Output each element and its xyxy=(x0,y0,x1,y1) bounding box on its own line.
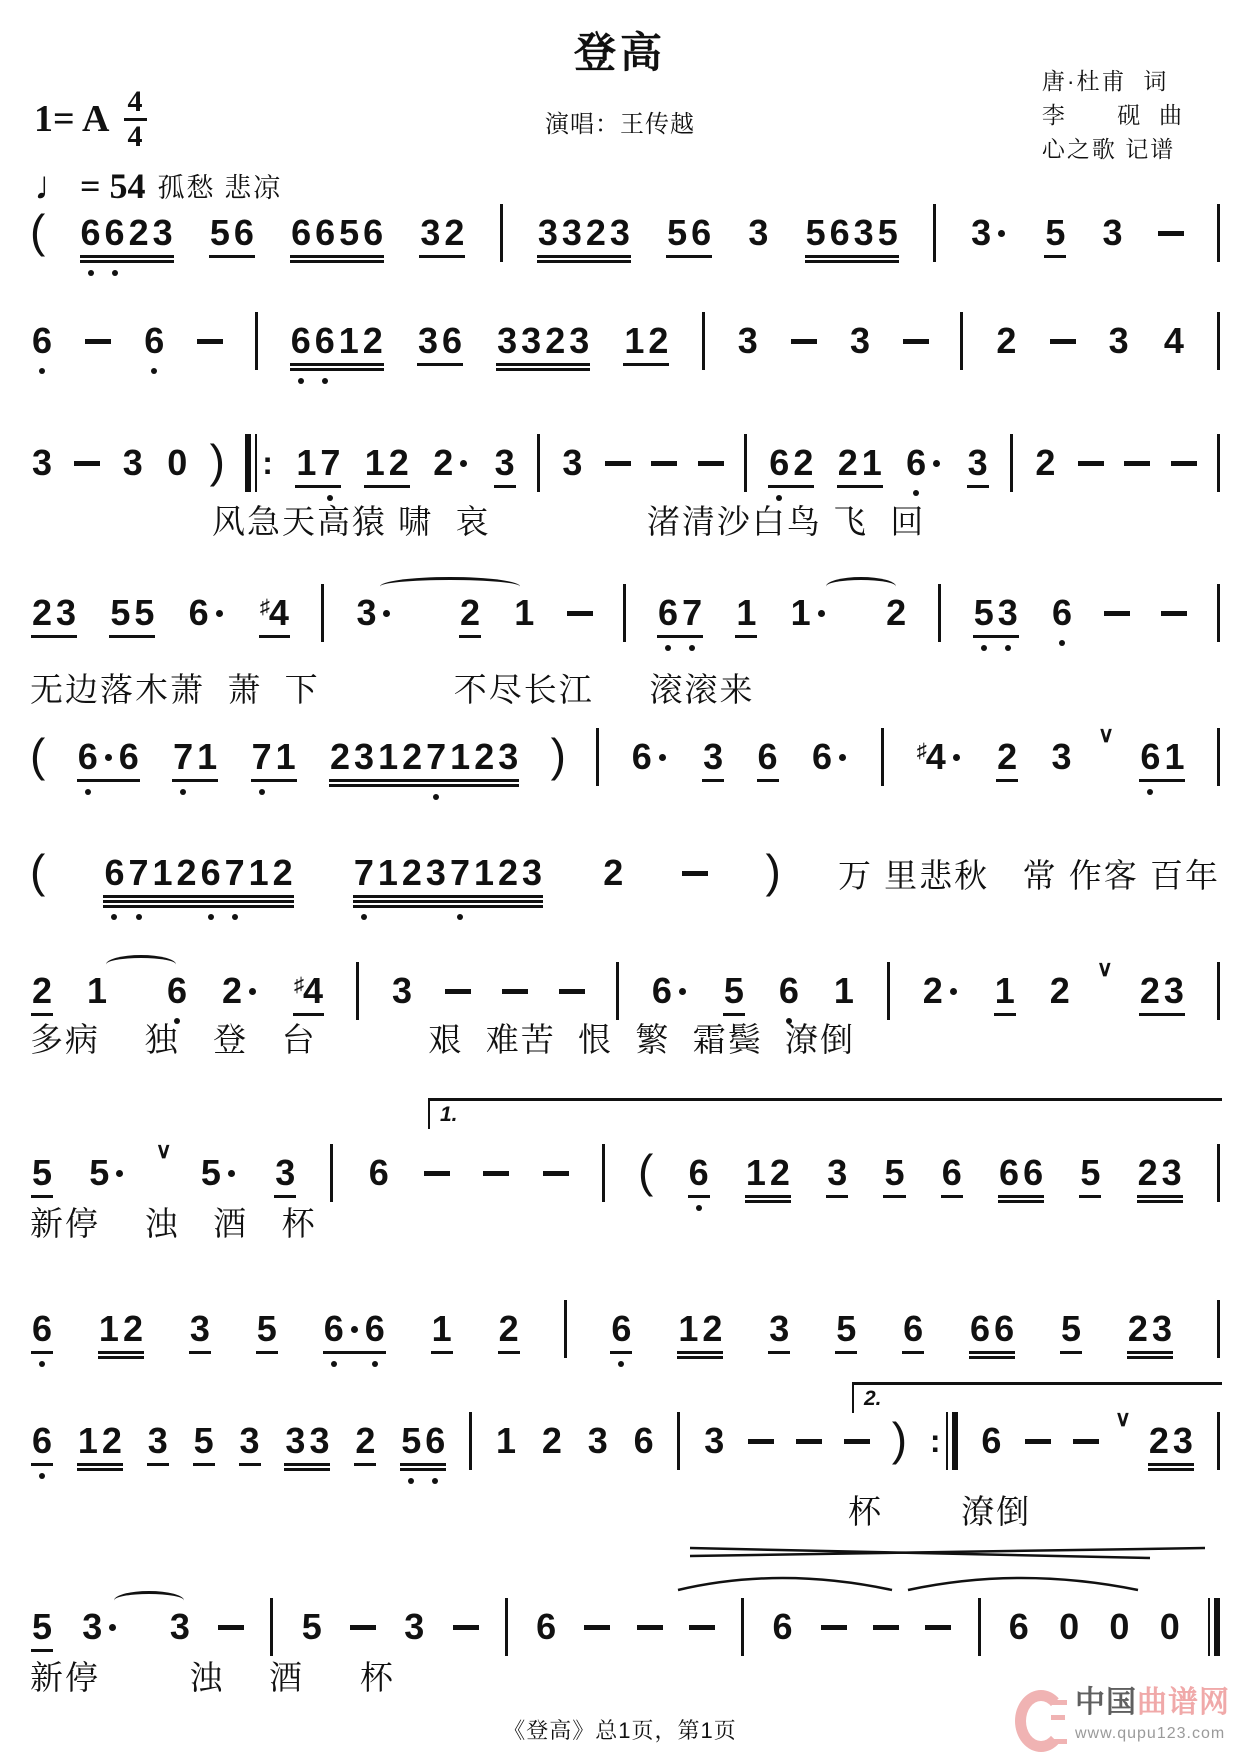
note-digit: 2 xyxy=(1050,971,1070,1011)
note-group: 67 xyxy=(656,593,704,633)
note-digit: 3 xyxy=(392,971,412,1011)
note-digit: 5 xyxy=(1045,213,1065,253)
low-octave-dot xyxy=(981,645,987,651)
note-digit: 3 xyxy=(190,1309,210,1349)
note-digit: 5 xyxy=(32,1607,52,1647)
note-digit: 5 xyxy=(884,1153,904,1193)
note-digit: 7 xyxy=(320,443,340,483)
note-group: 3 xyxy=(1101,213,1125,253)
note-digit: 3 xyxy=(285,1421,305,1461)
inline-lyrics: 万 里悲秋 常 作客 百年 xyxy=(838,850,1220,897)
note-group: 3 xyxy=(746,213,770,253)
note-group: 3 xyxy=(586,1421,610,1461)
low-octave-dot xyxy=(259,789,265,795)
duration-dash xyxy=(796,1439,822,1444)
barline-part: : xyxy=(261,447,274,479)
barline xyxy=(1217,1412,1220,1470)
note-digit: 6 xyxy=(315,213,335,253)
note-group: 3 xyxy=(736,321,760,361)
note-digit: 6 xyxy=(442,321,462,361)
note-digit: 1 xyxy=(678,1309,698,1349)
note-digit: 6 xyxy=(32,321,52,361)
note-group: 6 xyxy=(609,1309,633,1349)
note-digit: 6 xyxy=(769,443,789,483)
duration-dash xyxy=(1025,1439,1051,1444)
augmentation-dot xyxy=(116,1170,123,1177)
note-group: 71 xyxy=(171,737,219,777)
music-system-1: (66235666563233235635635353 xyxy=(30,200,1220,266)
barline xyxy=(1217,584,1220,642)
note-group: 3 xyxy=(146,1421,170,1461)
lyrics-line-2: 无边落木萧 萧 下 不尽长江 滚滚来 xyxy=(30,664,755,711)
note-group: 6 xyxy=(30,1309,54,1349)
note-group: 66 xyxy=(997,1153,1045,1193)
note-digit: 3 xyxy=(562,213,582,253)
note-digit: 2 xyxy=(545,321,565,361)
note-digit: 3 xyxy=(240,1421,260,1461)
barline xyxy=(330,1144,333,1202)
duration-dash xyxy=(651,461,677,466)
duration-dash xyxy=(85,339,111,344)
barline xyxy=(1217,204,1220,262)
parenthesis: ) xyxy=(210,438,225,484)
note-digit: 3 xyxy=(998,593,1018,633)
logo-text-pink: 曲谱网 xyxy=(1137,1686,1230,1719)
note-digit: 6 xyxy=(942,1153,962,1193)
barline xyxy=(1217,1144,1220,1202)
duration-dash xyxy=(637,1625,663,1630)
note-group: 6 xyxy=(756,737,780,777)
note-digit: 0 xyxy=(1160,1607,1180,1647)
duration-dash xyxy=(197,339,223,344)
low-octave-dot xyxy=(39,1361,45,1367)
note-digit: 1 xyxy=(862,443,882,483)
note-group: 6 xyxy=(777,971,801,1011)
note-digit: 6 xyxy=(167,971,187,1011)
note-digit: 4 xyxy=(1164,321,1184,361)
note-group: 32 xyxy=(418,213,466,253)
note-digit: 5 xyxy=(401,1421,421,1461)
note-digit: 3 xyxy=(275,1153,295,1193)
volta-2-bracket: 2. xyxy=(852,1382,1222,1413)
note-group: 3 xyxy=(969,213,1010,253)
note-group: 3 xyxy=(402,1607,426,1647)
note-group: 67126712 xyxy=(102,853,294,893)
note-group: 2 xyxy=(497,1309,521,1349)
low-octave-dot xyxy=(298,378,304,384)
note-digit: 2 xyxy=(996,321,1016,361)
note-digit: 1 xyxy=(834,971,854,1011)
duration-dash xyxy=(218,1625,244,1630)
note-group: 12 xyxy=(622,321,670,361)
parenthesis: ( xyxy=(30,208,45,254)
note-group: 17 xyxy=(294,443,342,483)
note-group: 6 xyxy=(979,1421,1003,1461)
note-group: 71 xyxy=(250,737,298,777)
note-group: 3323 xyxy=(536,213,632,253)
note-digit: 1 xyxy=(78,1421,98,1461)
note-group: 6 xyxy=(901,1309,925,1349)
barline-part xyxy=(255,434,257,492)
note-group: ♯4 xyxy=(292,971,325,1011)
note-group: 12 xyxy=(76,1421,124,1461)
note-digit: 5 xyxy=(878,213,898,253)
breath-mark: ∨ xyxy=(156,1138,172,1164)
note-digit: 5 xyxy=(194,1421,214,1461)
note-digit: 6 xyxy=(652,971,672,1011)
augmentation-dot xyxy=(383,610,390,617)
augmentation-dot xyxy=(460,460,467,467)
note-digit: 7 xyxy=(426,737,446,777)
note-digit: 3 xyxy=(569,321,589,361)
duration-dash xyxy=(821,1625,847,1630)
note-digit: 3 xyxy=(1052,737,1072,777)
note-digit: 6 xyxy=(363,213,383,253)
note-group: 2 xyxy=(431,443,472,483)
barline xyxy=(887,962,890,1020)
note-group: 3 xyxy=(825,1153,849,1193)
note-digit: 2 xyxy=(770,1153,790,1193)
music-system-3: 330):17122336221632 xyxy=(30,430,1220,496)
note-group: 0 xyxy=(1158,1607,1182,1647)
note-group: 3 xyxy=(168,1607,192,1647)
note-digit: 1 xyxy=(791,593,811,633)
augmentation-dot xyxy=(933,460,940,467)
note-digit: ♯4 xyxy=(917,737,946,777)
barline xyxy=(505,1598,508,1656)
note-digit: 3 xyxy=(1152,1309,1172,1349)
note-digit: 6 xyxy=(691,213,711,253)
augmentation-dot xyxy=(998,230,1005,237)
note-group: 6 xyxy=(687,1153,711,1193)
barline xyxy=(881,728,884,786)
note-digit: 3 xyxy=(827,1153,847,1193)
note-group: 23 xyxy=(1126,1309,1174,1349)
note-digit: 2 xyxy=(355,1421,375,1461)
note-group: 3 xyxy=(238,1421,262,1461)
note-digit: 3 xyxy=(420,213,440,253)
barline xyxy=(270,1598,273,1656)
duration-dash xyxy=(543,1171,569,1176)
volta-2-label: 2. xyxy=(864,1387,882,1411)
sheet-music-page: 登高 1= A 4 4 ♩ = 54 孤愁 悲凉 演唱：王传越 唐·杜甫 词 李… xyxy=(0,0,1240,1754)
note-group: 3 xyxy=(121,443,145,483)
music-system-10: 6123533325612363):6∨23 xyxy=(30,1408,1220,1474)
note-digit: 3 xyxy=(497,321,517,361)
note-digit: 1 xyxy=(197,737,217,777)
barline xyxy=(978,1598,981,1656)
note-group: 5 xyxy=(30,1153,54,1193)
note-group: 6 xyxy=(187,593,228,633)
duration-dash xyxy=(1104,611,1130,616)
note-group: 5 xyxy=(199,1153,240,1193)
note-digit: 5 xyxy=(339,213,359,253)
note-digit: 1 xyxy=(365,443,385,483)
note-digit: 6 xyxy=(903,1309,923,1349)
note-group: 2 xyxy=(601,853,625,893)
barline-part xyxy=(1208,1598,1210,1656)
note-group: 2 xyxy=(921,971,962,1011)
music-system-2: 6666123633231233234 xyxy=(30,308,1220,374)
duration-dash xyxy=(1073,1439,1099,1444)
note-digit: 6 xyxy=(189,593,209,633)
note-digit: 7 xyxy=(450,853,470,893)
lyrics-line-3: 多病 独 登 台 艰 难苦 恨 繁 霜鬓 潦倒 xyxy=(30,1014,855,1061)
note-group: 33 xyxy=(283,1421,331,1461)
note-group: 1 xyxy=(993,971,1017,1011)
note-digit: 6 xyxy=(1009,1607,1029,1647)
low-octave-dot xyxy=(331,1361,337,1367)
note-digit: 2 xyxy=(1035,443,1055,483)
note-digit: 5 xyxy=(201,1153,221,1193)
note-digit: 2 xyxy=(222,971,242,1011)
note-digit: 3 xyxy=(148,1421,168,1461)
note-digit: 6 xyxy=(81,213,101,253)
note-digit: 3 xyxy=(562,443,582,483)
low-octave-dot xyxy=(696,1205,702,1211)
dynamics-hairpin-and-slurs xyxy=(660,1540,1220,1592)
tie-arc xyxy=(106,955,176,974)
qupu-logo-icon xyxy=(1015,1688,1067,1744)
low-octave-dot xyxy=(433,794,439,800)
note-digit: 6 xyxy=(632,737,652,777)
low-octave-dot xyxy=(432,1478,438,1484)
duration-dash xyxy=(1124,461,1150,466)
augmentation-dot xyxy=(249,988,256,995)
logo-url: www.qupu123.com xyxy=(1075,1726,1230,1742)
note-digit: 2 xyxy=(702,1309,722,1349)
note-digit: 2 xyxy=(1149,1421,1169,1461)
tie-arc xyxy=(114,1591,184,1610)
duration-dash xyxy=(925,1625,951,1630)
note-digit: 2 xyxy=(330,737,350,777)
note-group: 6 xyxy=(1007,1607,1031,1647)
note-group: 2 xyxy=(30,971,54,1011)
note-digit: 1 xyxy=(736,593,756,633)
note-digit: 2 xyxy=(474,737,494,777)
note-digit: 5 xyxy=(110,593,130,633)
note-digit: 6 xyxy=(634,1421,654,1461)
note-group: 23 xyxy=(30,593,78,633)
duration-dash xyxy=(350,1625,376,1630)
note-digit: 1 xyxy=(624,321,644,361)
augmentation-dot xyxy=(105,754,112,761)
low-octave-dot xyxy=(618,1361,624,1367)
note-digit: 1 xyxy=(153,853,173,893)
note-group: 3 xyxy=(701,737,725,777)
duration-dash xyxy=(791,339,817,344)
lyrics-line-6: 新停 浊 酒 杯 xyxy=(30,1652,395,1699)
low-octave-dot xyxy=(39,1473,45,1479)
note-digit: 5 xyxy=(134,593,154,633)
note-digit: 2 xyxy=(1138,1153,1158,1193)
low-octave-dot xyxy=(88,270,94,276)
low-octave-dot xyxy=(112,270,118,276)
note-group: 6 xyxy=(1050,593,1074,633)
note-group: 3 xyxy=(30,443,54,483)
note-group: 36 xyxy=(416,321,464,361)
low-octave-dot xyxy=(151,368,157,374)
parenthesis: ( xyxy=(30,848,45,894)
barline xyxy=(616,962,619,1020)
note-group: 12 xyxy=(744,1153,792,1193)
note-group: 1 xyxy=(832,971,856,1011)
note-group: 3 xyxy=(702,1421,726,1461)
duration-dash xyxy=(844,1439,870,1444)
note-group: 12 xyxy=(97,1309,145,1349)
low-octave-dot xyxy=(913,490,919,496)
note-digit: 2 xyxy=(498,853,518,893)
duration-dash xyxy=(873,1625,899,1630)
note-digit: 2 xyxy=(793,443,813,483)
note-digit: 3 xyxy=(426,853,446,893)
note-digit: 1 xyxy=(746,1153,766,1193)
note-digit: 6 xyxy=(772,1607,792,1647)
note-digit: 5 xyxy=(724,971,744,1011)
note-digit: 2 xyxy=(433,443,453,483)
note-group: 6 xyxy=(650,971,691,1011)
note-digit: 1 xyxy=(378,853,398,893)
note-digit: 1 xyxy=(1164,737,1184,777)
note-digit: 6 xyxy=(105,213,125,253)
note-digit: 3 xyxy=(748,213,768,253)
note-group: 0 xyxy=(1107,1607,1131,1647)
note-group: 3 xyxy=(767,1309,791,1349)
parenthesis: ) xyxy=(551,732,566,778)
note-digit: 6 xyxy=(369,1153,389,1193)
augmentation-dot xyxy=(839,754,846,761)
note-group: 12 xyxy=(363,443,411,483)
barline xyxy=(744,434,747,492)
note-digit: 6 xyxy=(779,971,799,1011)
note-group: 5635 xyxy=(804,213,900,253)
note-digit: 3 xyxy=(704,1421,724,1461)
barline xyxy=(933,204,936,262)
augmentation-dot xyxy=(679,988,686,995)
note-digit: 2 xyxy=(886,593,906,633)
duration-dash xyxy=(584,1625,610,1630)
note-group: 6 xyxy=(904,443,945,483)
note-digit: 2 xyxy=(460,593,480,633)
duration-dash xyxy=(453,1625,479,1630)
note-digit: 3 xyxy=(404,1607,424,1647)
note-digit: 2 xyxy=(997,737,1017,777)
low-octave-dot xyxy=(372,1361,378,1367)
note-group: 71237123 xyxy=(352,853,544,893)
note-digit: 6 xyxy=(144,321,164,361)
note-digit: 6 xyxy=(119,737,139,777)
note-digit: 5 xyxy=(89,1153,109,1193)
note-group: 66 xyxy=(322,1309,387,1349)
barline-part: : xyxy=(929,1425,942,1457)
duration-dash xyxy=(502,989,528,994)
barline-part xyxy=(952,1412,958,1470)
duration-dash xyxy=(1158,231,1184,236)
note-group: 0 xyxy=(165,443,189,483)
low-octave-dot xyxy=(457,914,463,920)
barline xyxy=(255,312,258,370)
note-group: 5 xyxy=(834,1309,858,1349)
note-digit: 7 xyxy=(354,853,374,893)
barline xyxy=(702,312,705,370)
note-group: ♯4 xyxy=(258,593,291,633)
note-group: 3 xyxy=(1107,321,1131,361)
note-digit: 3 xyxy=(495,443,515,483)
note-group: 3 xyxy=(80,1607,121,1647)
note-group: 6 xyxy=(770,1607,794,1647)
note-digit: 6 xyxy=(201,853,221,893)
note-digit: 6 xyxy=(970,1309,990,1349)
barline xyxy=(741,1598,744,1656)
note-digit: 3 xyxy=(522,853,542,893)
note-digit: 6 xyxy=(999,1153,1019,1193)
note-digit: 1 xyxy=(87,971,107,1011)
note-digit: 2 xyxy=(402,853,422,893)
barline xyxy=(1217,728,1220,786)
note-group: 5 xyxy=(1043,213,1067,253)
note-group: 21 xyxy=(836,443,884,483)
low-octave-dot xyxy=(208,914,214,920)
note-group: 3 xyxy=(966,443,990,483)
note-digit: 3 xyxy=(170,1607,190,1647)
note-digit: 2 xyxy=(389,443,409,483)
note-group: 6656 xyxy=(289,213,385,253)
volta-1-bracket: 1. xyxy=(428,1098,1222,1129)
sharp-icon: ♯ xyxy=(260,596,270,618)
note-digit: 5 xyxy=(302,1607,322,1647)
low-octave-dot xyxy=(1005,645,1011,651)
duration-dash xyxy=(1078,461,1104,466)
note-group: 23 xyxy=(1147,1421,1195,1461)
note-digit: 6 xyxy=(104,853,124,893)
augmentation-dot xyxy=(216,610,223,617)
note-digit: 6 xyxy=(324,1309,344,1349)
barline-part xyxy=(1214,1598,1220,1656)
note-group: 6 xyxy=(142,321,166,361)
note-digit: ♯4 xyxy=(260,593,289,633)
note-digit: 5 xyxy=(1080,1153,1100,1193)
note-group: 62 xyxy=(767,443,815,483)
duration-dash xyxy=(559,989,585,994)
note-group: 23 xyxy=(1138,971,1186,1011)
note-group: 5 xyxy=(30,1607,54,1647)
duration-dash xyxy=(605,461,631,466)
barline xyxy=(623,584,626,642)
note-digit: 3 xyxy=(538,213,558,253)
note-group: 66 xyxy=(76,737,141,777)
note-group: 2 xyxy=(220,971,261,1011)
note-digit: 2 xyxy=(586,213,606,253)
note-group: 2 xyxy=(540,1421,564,1461)
barline xyxy=(1217,312,1220,370)
note-digit: 7 xyxy=(128,853,148,893)
note-digit: 3 xyxy=(82,1607,102,1647)
music-system-5: (66717123127123)6366♯423∨61 xyxy=(30,724,1220,790)
note-digit: 3 xyxy=(1162,1153,1182,1193)
augmentation-dot xyxy=(818,610,825,617)
note-group: 6 xyxy=(810,737,851,777)
note-group: 5 xyxy=(1059,1309,1083,1349)
note-digit: 6 xyxy=(234,213,254,253)
duration-dash xyxy=(74,461,100,466)
duration-dash xyxy=(1050,339,1076,344)
barline xyxy=(960,312,963,370)
barline xyxy=(564,1300,567,1358)
lyrics-line-5: 杯 潦倒 xyxy=(848,1486,1031,1533)
note-group: 3 xyxy=(354,593,395,633)
barline xyxy=(677,1412,680,1470)
note-group: 2 xyxy=(353,1421,377,1461)
